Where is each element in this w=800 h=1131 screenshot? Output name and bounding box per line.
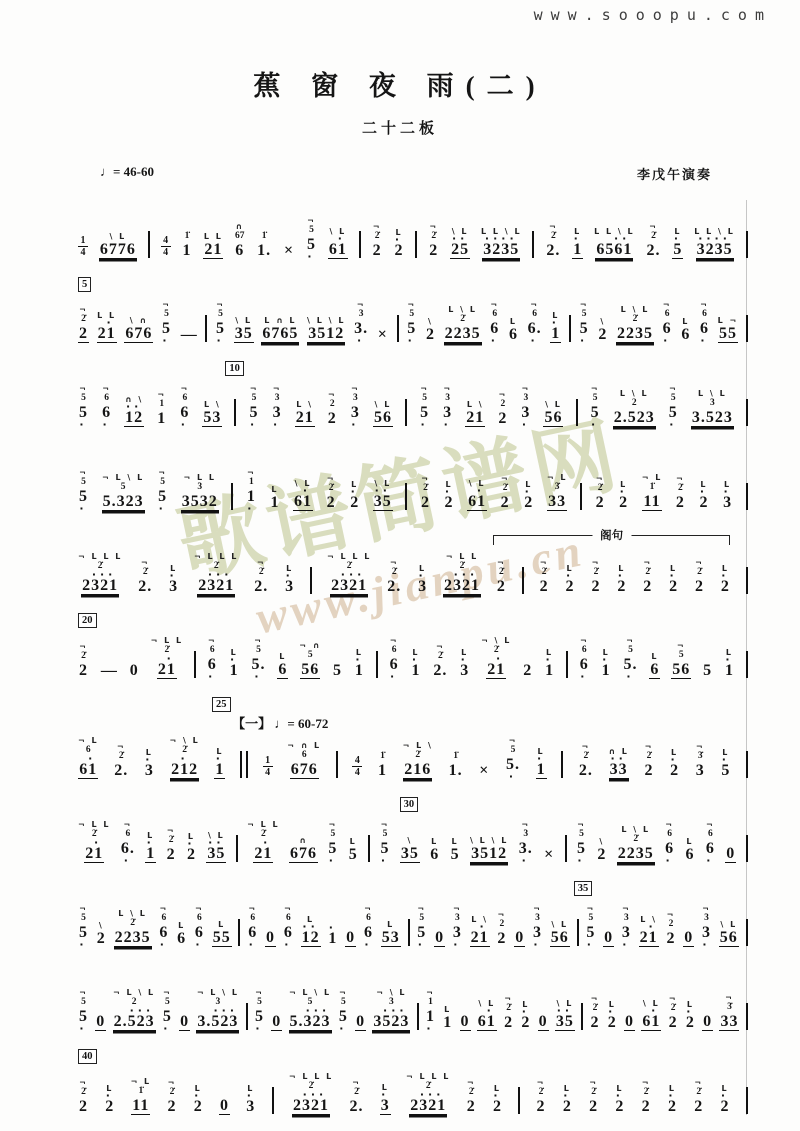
note-digits: 2	[668, 1014, 679, 1031]
ornament-marks: ¬ L	[547, 473, 568, 482]
note-digits: 3512	[307, 325, 345, 343]
note-digits: 2	[497, 410, 508, 427]
note-cell: L·1	[544, 648, 555, 679]
note-cell: 0	[460, 1013, 471, 1031]
ornament-marks: ¬	[530, 300, 539, 309]
barline	[580, 483, 582, 510]
upper-octave-note: 6	[532, 309, 537, 320]
note-cell: ¬2̇2.	[646, 222, 662, 259]
meter-bottom: 4	[81, 248, 86, 257]
note-cell: L·5	[672, 227, 683, 259]
note-cell: L·3	[144, 748, 155, 779]
note-digits: 2	[520, 1014, 531, 1031]
note-cell: \ L56	[550, 920, 570, 947]
upper-octave-note: 2̇	[647, 751, 652, 762]
upper-octave-note: 2̇	[259, 567, 264, 578]
note-digits: 2	[698, 494, 709, 511]
barline	[236, 835, 238, 862]
ornament-marks: ¬ L	[131, 1077, 152, 1086]
note-digits: 61	[641, 1013, 661, 1031]
note-cell: L \ L22.523	[613, 389, 656, 427]
tempo-marking: ♩= 46-60	[100, 164, 154, 183]
ornament-marks: ¬	[626, 636, 635, 645]
note-cell: ×	[478, 762, 490, 779]
ornament-marks: ¬	[497, 558, 506, 567]
note-cell: ¬2̇2	[589, 994, 600, 1031]
upper-octave-note: 5	[308, 650, 313, 661]
note-cell: L·2	[616, 564, 627, 595]
note-digits: 21	[295, 409, 315, 427]
note-cell: ¬55·	[306, 216, 317, 259]
note-digits: 0	[434, 929, 445, 947]
upper-octave-note: 6	[665, 309, 670, 320]
note-digits: 2.	[646, 242, 662, 259]
low-octave-dot: ·	[162, 338, 170, 343]
barline	[368, 835, 370, 862]
note-cell: L \ ·21	[639, 915, 659, 947]
note-cell: \ L56	[543, 400, 563, 427]
barline	[272, 1087, 274, 1114]
notation-row: ¬55·0¬ L \ L2 ···2.523¬55·0¬ L \ L3 ···3…	[78, 985, 748, 1031]
note-cell: ¬55·	[668, 384, 679, 427]
note-digits: 2	[78, 662, 89, 679]
ornament-marks: ¬	[504, 994, 513, 1003]
note-cell: L55	[212, 920, 232, 947]
note-cell: 1̇1	[182, 231, 193, 259]
low-octave-dot: ·	[163, 1026, 171, 1031]
upper-octave-note: 5	[679, 650, 684, 661]
note-digits: 53	[381, 929, 401, 947]
note-cell: ¬ L L2̇ ·21	[78, 820, 110, 863]
notation-row: ¬2̇2L·2¬ L1̇11¬2̇2L·20L·3¬ L L L2̇ ···23…	[78, 1069, 748, 1115]
ornament-marks: ¬	[580, 636, 589, 645]
note-cell: L \21	[295, 400, 315, 427]
ornament-marks: L	[651, 652, 658, 661]
note-cell: L·3	[168, 564, 179, 595]
ornament-marks: ¬	[725, 993, 734, 1002]
note-cell: ¬2̇2	[503, 994, 514, 1031]
note-digits: 53	[202, 409, 222, 427]
note-cell: L·2	[523, 480, 534, 511]
note-digits: 3235	[696, 241, 734, 259]
ornament-marks: L \ L	[118, 909, 147, 918]
upper-octave-note: 2̇	[542, 567, 547, 578]
barline	[405, 483, 407, 510]
note-cell: L·1	[536, 747, 547, 779]
upper-octave-note: 2̇	[506, 1003, 511, 1014]
note-cell: L·2	[668, 564, 679, 595]
note-cell: ¬55·	[215, 300, 226, 343]
note-cell: ¬2̇2	[78, 642, 89, 679]
ornament-marks: ¬	[498, 910, 507, 919]
note-digits: 21	[486, 661, 506, 679]
low-octave-dot: ·	[284, 942, 292, 947]
note-digits: 11	[642, 493, 661, 511]
upper-octave-note: 6	[197, 913, 202, 924]
note-cell: 1̇1.	[448, 751, 464, 779]
note-digits: 0	[129, 662, 140, 679]
ornament-marks: L	[279, 652, 286, 661]
ornament-marks: ¬	[591, 994, 600, 1003]
upper-octave-note: 2̇	[594, 567, 599, 578]
barline	[310, 567, 312, 594]
ornament-marks: L \ L	[448, 305, 477, 314]
section-header: 【一】 ♩= 60-72	[232, 713, 328, 732]
upper-octave-note: 1̇	[138, 1086, 143, 1097]
note-digits: 2	[618, 494, 629, 511]
note-cell: ¬2̇2	[166, 826, 177, 863]
note-cell: ×	[283, 242, 295, 259]
ornament-marks: ¬	[669, 994, 678, 1003]
note-cell: ¬2̇2.	[113, 742, 129, 779]
note-digits: 3	[245, 1098, 256, 1115]
ornament-marks: L \ L	[698, 389, 727, 398]
upper-octave-note: 6	[210, 645, 215, 656]
note-digits: 2	[326, 494, 337, 511]
note-digits: 35	[234, 325, 254, 343]
barline	[746, 835, 748, 862]
low-octave-dot: ·	[381, 858, 389, 863]
upper-octave-note: 5	[309, 225, 314, 236]
note-digits: 5.323	[102, 493, 145, 511]
notation-system: 30¬ L L2̇ ·21¬66.·L·1¬2̇2L·2\ L··35¬ L L…	[78, 797, 748, 863]
note-digits: 2	[428, 242, 439, 259]
note-cell: ¬33·	[452, 904, 463, 947]
upper-octave-note: 2̇	[651, 231, 656, 242]
upper-octave-note: 2	[500, 919, 505, 930]
ornament-marks: ¬	[453, 904, 462, 913]
upper-octave-note: 2̇	[170, 1087, 175, 1098]
note-cell: \ L··35	[555, 999, 575, 1031]
low-octave-dot: ·	[491, 338, 499, 343]
note-cell: L5	[450, 837, 461, 863]
note-digits: 0	[355, 1013, 366, 1031]
ornament-marks: ¬ L L	[151, 636, 183, 645]
barline	[359, 231, 361, 258]
upper-octave-note: 3	[455, 913, 460, 924]
note-digits: 0	[271, 1013, 282, 1031]
note-cell: L \ ·21	[470, 915, 490, 947]
note-digits: 2	[466, 1098, 477, 1115]
note-digits: 1	[442, 1014, 453, 1031]
note-cell: \ L \ L3512	[470, 836, 508, 863]
note-digits: 0	[538, 1013, 549, 1031]
note-cell: \ L··35	[373, 479, 393, 511]
note-cell: ×	[377, 326, 389, 343]
note-digits: 1	[229, 662, 240, 679]
note-digits: 3	[144, 762, 155, 779]
ornament-marks: ¬	[255, 988, 264, 997]
note-cell: L·1	[229, 648, 240, 679]
page-title: 蕉 窗 夜 雨(二)	[0, 64, 800, 103]
note-digits: 0	[702, 1013, 713, 1031]
upper-octave-note: 3	[353, 393, 358, 404]
ornament-marks: ¬ ∩	[299, 641, 321, 650]
upper-octave-note: 2̇	[423, 483, 428, 494]
upper-octave-note: 6	[125, 829, 130, 840]
upper-octave-note: 3̇	[555, 482, 560, 493]
low-octave-dot: ·	[577, 858, 585, 863]
note-cell: 2	[522, 662, 533, 679]
note-cell: L·2	[492, 1084, 503, 1115]
time-signature: 14	[78, 236, 88, 257]
ornament-marks: ¬	[357, 300, 366, 309]
ornament-marks: L \	[296, 400, 313, 409]
time-signature: 44	[352, 756, 362, 777]
note-cell: 0	[538, 1013, 549, 1031]
note-cell: L·3	[284, 564, 295, 595]
note-digits: 2	[425, 326, 436, 343]
upper-octave-note: 2̇	[392, 567, 397, 578]
upper-octave-note: 2̇	[696, 1087, 701, 1098]
ornament-marks: ¬	[700, 300, 709, 309]
note-cell: ¬66·	[389, 636, 400, 679]
ornament-marks: ¬	[250, 384, 259, 393]
ornament-marks: L \ L	[621, 305, 650, 314]
site-url: www.sooopu.com	[534, 6, 772, 24]
note-digits: 2.523	[613, 409, 656, 427]
note-digits: 2	[523, 494, 534, 511]
note-cell: L·2	[520, 1000, 531, 1031]
ornament-marks: ¬	[420, 384, 429, 393]
note-cell: ¬55·	[78, 904, 89, 947]
note-digits: 2	[641, 1098, 652, 1115]
notation-row: ¬ L L2̇ ·21¬66.·L·1¬2̇2L·2\ L··35¬ L L2̇…	[78, 817, 748, 863]
note-digits: 55	[212, 929, 232, 947]
ornament-marks: ¬	[622, 904, 631, 913]
note-cell: ¬ L \ L5 ···5.323	[289, 988, 332, 1031]
note-cell: ¬55·	[161, 300, 172, 343]
note-cell: ¬11·	[425, 988, 436, 1031]
note-digits: 21	[253, 845, 273, 863]
barline	[415, 231, 417, 258]
ornament-marks: ¬	[421, 474, 430, 483]
ornament-marks: \ ∩	[130, 316, 148, 325]
note-cell: L·2	[667, 1084, 678, 1115]
note-cell: ¬2̇2	[694, 558, 705, 595]
ornament-marks: L	[444, 1005, 451, 1014]
note-cell: ¬55·	[406, 300, 417, 343]
barline	[205, 315, 207, 342]
ornament-marks: L \	[204, 400, 221, 409]
ornament-marks: ¬	[677, 641, 686, 650]
meter-bottom: 4	[355, 768, 360, 777]
note-digits: 61	[477, 1013, 497, 1031]
barline	[522, 567, 524, 594]
ornament-marks: ¬	[180, 384, 189, 393]
note-digits: 2.	[113, 762, 129, 779]
note-digits: 2	[503, 1014, 514, 1031]
barline	[746, 567, 748, 594]
note-cell: ¬2̇2	[500, 474, 511, 511]
note-digits: 6776	[99, 241, 137, 259]
note-cell: ¬11	[156, 390, 167, 427]
upper-octave-note: 5	[422, 393, 427, 404]
note-cell: ¬2̇2	[641, 1078, 652, 1115]
note-cell: \ L6776	[99, 232, 137, 259]
ornament-marks: ¬	[642, 1078, 651, 1087]
note-cell: \ L \ L3512	[307, 316, 345, 343]
note-cell: ¬ L6 ·61	[78, 736, 99, 779]
note-cell: ¬2̇2	[466, 1078, 477, 1115]
note-cell: L1	[442, 1005, 453, 1031]
low-octave-dot: ·	[216, 338, 224, 343]
upper-octave-note: 2̇	[697, 567, 702, 578]
note-cell: L6	[429, 837, 440, 863]
note-cell: L·2	[349, 480, 360, 511]
ornament-marks: ¬	[351, 384, 360, 393]
low-octave-dot: ·	[666, 858, 674, 863]
ornament-marks: L	[682, 317, 689, 326]
note-digits: 6	[176, 930, 187, 947]
note-cell: ¬55.·	[505, 736, 521, 779]
ornament-marks: L \ L	[620, 389, 649, 398]
low-octave-dot: ·	[254, 674, 262, 679]
low-octave-dot: ·	[329, 858, 337, 863]
note-cell: 5	[702, 662, 713, 679]
note-digits: 56	[550, 929, 570, 947]
ornament-marks: L	[178, 921, 185, 930]
ornament-marks: ¬	[141, 558, 150, 567]
note-digits: 2	[668, 578, 679, 595]
upper-octave-note: 6	[366, 913, 371, 924]
ornament-marks: ¬	[158, 468, 167, 477]
note-digits: 6	[684, 846, 695, 863]
barline	[577, 919, 579, 946]
note-digits: 6	[429, 846, 440, 863]
note-digits: 33	[719, 1013, 739, 1031]
note-digits: 1	[377, 762, 388, 779]
note-digits: 2	[444, 494, 455, 511]
upper-octave-note: 2̇	[593, 1003, 598, 1014]
upper-octave-note: 2̇	[169, 835, 174, 846]
note-digits: 35	[206, 845, 226, 863]
note-cell: ¬55·	[338, 988, 349, 1031]
note-cell: ¬ L L L2̇ ···2321	[406, 1072, 450, 1115]
note-digits: 2.	[386, 578, 402, 595]
note-digits: 212	[170, 761, 199, 779]
ornament-marks: ¬	[390, 558, 399, 567]
note-digits: 2	[496, 578, 507, 595]
note-cell: 0	[603, 929, 614, 947]
barline	[746, 751, 748, 778]
note-cell: ¬66·	[179, 384, 190, 427]
note-cell: ¬ L1̇11	[131, 1077, 152, 1115]
note-cell: ¬ L L L2̇ ···2321	[194, 552, 238, 595]
upper-octave-note: 2	[632, 398, 637, 409]
ornament-marks: ¬	[591, 384, 600, 393]
note-digits: 2	[607, 1014, 618, 1031]
note-digits: 3532	[181, 493, 219, 511]
ornament-marks: ¬	[167, 826, 176, 835]
note-cell: ¬55.·	[250, 636, 266, 679]
note-cell: \ L56	[373, 400, 393, 427]
note-digits: 35	[400, 845, 420, 863]
ornament-marks: ¬	[694, 1078, 703, 1087]
low-octave-dot: ·	[255, 1026, 263, 1031]
low-octave-dot: ·	[622, 942, 630, 947]
note-cell: ¬ ∩ L6676	[287, 741, 321, 779]
low-octave-dot: ·	[591, 422, 599, 427]
low-octave-dot: ·	[418, 942, 426, 947]
ornament-marks: ¬	[643, 558, 652, 567]
note-digits: 676	[289, 845, 318, 863]
note-cell: L \ L2̇2235	[114, 909, 152, 947]
low-octave-dot: ·	[580, 674, 588, 679]
low-octave-dot: ·	[79, 942, 87, 947]
upper-octave-note: 5	[419, 913, 424, 924]
notation-row: ¬55·\2L \ L2̇2235¬66·L6¬66·L55¬66·0¬66·L…	[78, 901, 748, 947]
note-digits: 33	[609, 761, 629, 779]
upper-octave-note: 2̇	[431, 231, 436, 242]
upper-octave-note: 2̇	[503, 483, 508, 494]
phrase-bracket-label: 阁句	[592, 527, 631, 543]
ornament-marks: ¬ L \ L	[113, 988, 155, 997]
note-cell: L·2	[565, 564, 576, 595]
note-cell: ¬33·	[520, 384, 531, 427]
low-octave-dot: ·	[509, 774, 517, 779]
note-digits: 56	[719, 929, 739, 947]
low-octave-dot: ·	[357, 338, 365, 343]
upper-octave-note: 3	[275, 393, 280, 404]
subtitle-banshi: 二十二板	[0, 117, 800, 138]
ornament-marks: ¬	[273, 384, 282, 393]
note-digits: 2.	[432, 662, 448, 679]
upper-octave-note: 2̇	[81, 314, 86, 325]
upper-octave-note: 6	[582, 645, 587, 656]
note-cell: ¬55·	[78, 988, 89, 1031]
note-digits: 3512	[470, 845, 508, 863]
note-cell: L \21	[465, 400, 485, 427]
note-cell: 0	[514, 929, 525, 947]
ornament-marks: ¬	[467, 1078, 476, 1087]
upper-octave-note: 2̇	[130, 918, 135, 929]
ornament-marks: ¬	[327, 474, 336, 483]
note-digits: ×	[543, 846, 555, 863]
note-digits: 5.323	[289, 1013, 332, 1031]
ornament-marks: ¬	[381, 820, 390, 829]
note-cell: \2	[96, 921, 107, 947]
note-digits: 2.	[348, 1098, 364, 1115]
note-digits: ×	[283, 242, 295, 259]
note-digits: 61	[467, 493, 487, 511]
note-cell: L·1	[354, 648, 365, 679]
note-cell: L·1	[550, 311, 561, 343]
note-cell: 1̇1	[377, 751, 388, 779]
barline	[376, 651, 378, 678]
note-digits: 12	[124, 409, 144, 427]
ornament-marks: ¬	[702, 904, 711, 913]
note-cell: ¬2̇2	[78, 1078, 89, 1115]
ornament-marks: ¬	[163, 988, 172, 997]
note-cell: ¬2̇2	[496, 558, 507, 595]
note-digits: 3	[168, 578, 179, 595]
note-cell: 0	[355, 1013, 366, 1031]
note-digits: 21	[157, 661, 177, 679]
note-digits: 2	[595, 494, 606, 511]
upper-octave-note: 6	[492, 309, 497, 320]
note-cell: L·3	[459, 648, 470, 679]
note-cell: L·2	[562, 1084, 573, 1115]
upper-octave-note: 1̇	[650, 482, 655, 493]
note-cell: —	[180, 326, 198, 343]
note-cell: L \53	[202, 400, 222, 427]
note-digits: 3523	[372, 1013, 410, 1031]
note-digits: 2	[349, 494, 360, 511]
note-digits: 2	[496, 930, 507, 947]
note-digits: 1	[214, 761, 225, 779]
note-cell: ¬66·	[699, 300, 710, 343]
